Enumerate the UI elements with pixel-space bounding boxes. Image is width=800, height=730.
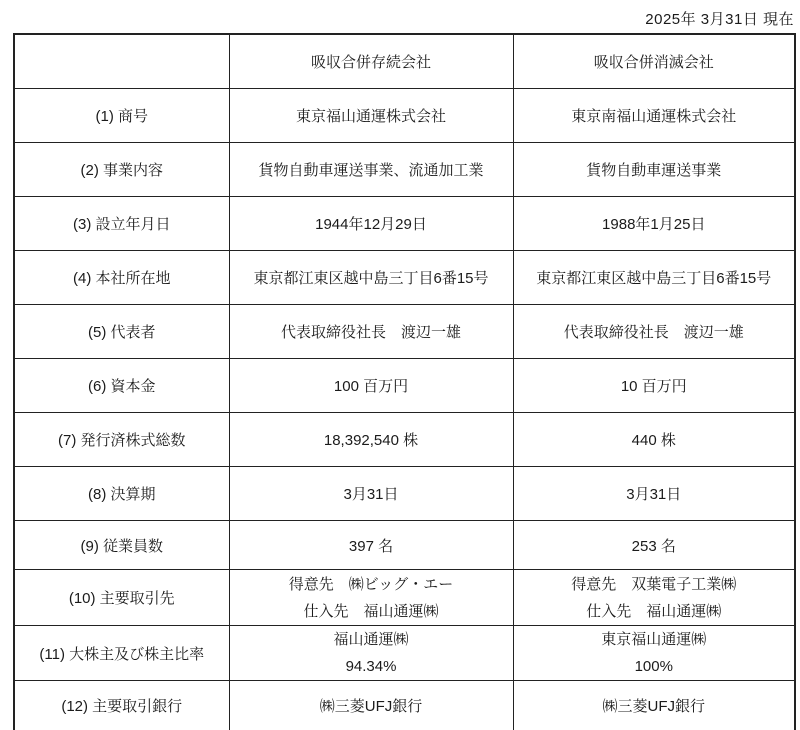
row-label: (5) 代表者 <box>14 305 229 359</box>
table-row-main-banks: (12) 主要取引銀行 ㈱三菱UFJ銀行 ㈱三菱UFJ銀行 <box>14 681 795 730</box>
row-label: (6) 資本金 <box>14 359 229 413</box>
cell-line: 福山通運㈱ <box>230 626 513 653</box>
table-row-major-shareholders: (11) 大株主及び株主比率 福山通運㈱ 94.34% 東京福山通運㈱ 100% <box>14 626 795 681</box>
header-dissolving-company: 吸収合併消滅会社 <box>513 34 795 89</box>
row-label: (11) 大株主及び株主比率 <box>14 626 229 681</box>
cell-surviving: 1944年12月29日 <box>229 197 513 251</box>
table-row-employees: (9) 従業員数 397 名 253 名 <box>14 521 795 570</box>
cell-line: 94.34% <box>230 653 513 680</box>
cell-line: 仕入先 福山通運㈱ <box>514 598 795 625</box>
cell-line: 東京福山通運㈱ <box>514 626 795 653</box>
row-label: (7) 発行済株式総数 <box>14 413 229 467</box>
header-surviving-company: 吸収合併存続会社 <box>229 34 513 89</box>
row-label: (8) 決算期 <box>14 467 229 521</box>
table-row-business: (2) 事業内容 貨物自動車運送事業、流通加工業 貨物自動車運送事業 <box>14 143 795 197</box>
cell-surviving: 得意先 ㈱ビッグ・エー 仕入先 福山通運㈱ <box>229 570 513 626</box>
cell-dissolving: 代表取締役社長 渡辺一雄 <box>513 305 795 359</box>
table-row-representative: (5) 代表者 代表取締役社長 渡辺一雄 代表取締役社長 渡辺一雄 <box>14 305 795 359</box>
row-label: (9) 従業員数 <box>14 521 229 570</box>
table-header-row: 吸収合併存続会社 吸収合併消滅会社 <box>14 34 795 89</box>
cell-surviving: 東京都江東区越中島三丁目6番15号 <box>229 251 513 305</box>
cell-line: 得意先 双葉電子工業㈱ <box>514 571 795 598</box>
cell-line: 100% <box>514 653 795 680</box>
cell-surviving: ㈱三菱UFJ銀行 <box>229 681 513 730</box>
table-row-major-partners: (10) 主要取引先 得意先 ㈱ビッグ・エー 仕入先 福山通運㈱ 得意先 双葉電… <box>14 570 795 626</box>
cell-dissolving: ㈱三菱UFJ銀行 <box>513 681 795 730</box>
cell-dissolving: 440 株 <box>513 413 795 467</box>
row-label: (4) 本社所在地 <box>14 251 229 305</box>
table-row-fiscal-year-end: (8) 決算期 3月31日 3月31日 <box>14 467 795 521</box>
header-empty-cell <box>14 34 229 89</box>
cell-surviving: 100 百万円 <box>229 359 513 413</box>
row-label: (1) 商号 <box>14 89 229 143</box>
cell-surviving: 東京福山通運株式会社 <box>229 89 513 143</box>
cell-dissolving: 10 百万円 <box>513 359 795 413</box>
cell-dissolving: 東京南福山通運株式会社 <box>513 89 795 143</box>
as-of-date: 2025年 3月31日 現在 <box>645 8 794 29</box>
cell-line: 仕入先 福山通運㈱ <box>230 598 513 625</box>
cell-dissolving: 貨物自動車運送事業 <box>513 143 795 197</box>
cell-surviving: 397 名 <box>229 521 513 570</box>
table-row-capital: (6) 資本金 100 百万円 10 百万円 <box>14 359 795 413</box>
merger-comparison-table: 吸収合併存続会社 吸収合併消滅会社 (1) 商号 東京福山通運株式会社 東京南福… <box>13 33 796 730</box>
cell-dissolving: 3月31日 <box>513 467 795 521</box>
cell-surviving: 福山通運㈱ 94.34% <box>229 626 513 681</box>
row-label: (12) 主要取引銀行 <box>14 681 229 730</box>
cell-surviving: 貨物自動車運送事業、流通加工業 <box>229 143 513 197</box>
cell-dissolving: 253 名 <box>513 521 795 570</box>
row-label: (2) 事業内容 <box>14 143 229 197</box>
table-row-head-office: (4) 本社所在地 東京都江東区越中島三丁目6番15号 東京都江東区越中島三丁目… <box>14 251 795 305</box>
cell-dissolving: 東京都江東区越中島三丁目6番15号 <box>513 251 795 305</box>
cell-surviving: 代表取締役社長 渡辺一雄 <box>229 305 513 359</box>
table-row-establishment-date: (3) 設立年月日 1944年12月29日 1988年1月25日 <box>14 197 795 251</box>
cell-dissolving: 得意先 双葉電子工業㈱ 仕入先 福山通運㈱ <box>513 570 795 626</box>
table-row-trade-name: (1) 商号 東京福山通運株式会社 東京南福山通運株式会社 <box>14 89 795 143</box>
cell-dissolving: 東京福山通運㈱ 100% <box>513 626 795 681</box>
cell-surviving: 3月31日 <box>229 467 513 521</box>
cell-dissolving: 1988年1月25日 <box>513 197 795 251</box>
table-row-shares-issued: (7) 発行済株式総数 18,392,540 株 440 株 <box>14 413 795 467</box>
row-label: (10) 主要取引先 <box>14 570 229 626</box>
document-page: 2025年 3月31日 現在 吸収合併存続会社 吸収合併消滅会社 (1) 商号 … <box>0 0 800 730</box>
cell-surviving: 18,392,540 株 <box>229 413 513 467</box>
row-label: (3) 設立年月日 <box>14 197 229 251</box>
cell-line: 得意先 ㈱ビッグ・エー <box>230 571 513 598</box>
